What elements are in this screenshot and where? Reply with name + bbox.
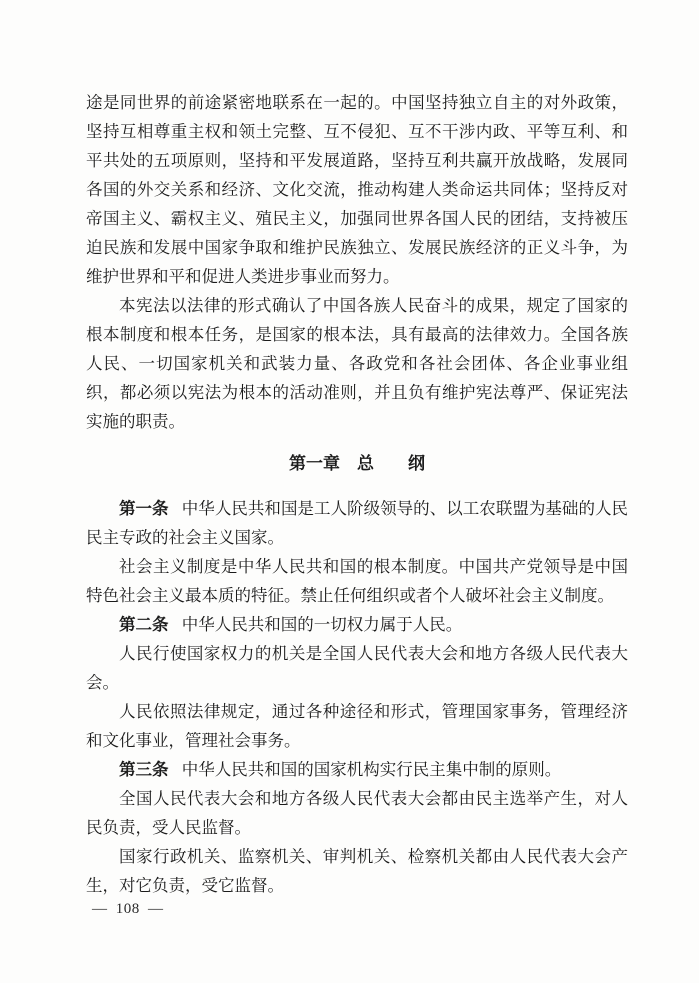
article-3-paragraph: 国家行政机关、监察机关、审判机关、检察机关都由人民代表大会产生，对它负责，受它监… (86, 842, 628, 900)
article-3: 第三条中华人民共和国的国家机构实行民主集中制的原则。 全国人民代表大会和地方各级… (86, 755, 628, 900)
preamble-closing-paragraph: 本宪法以法律的形式确认了中国各族人民奋斗的成果，规定了国家的根本制度和根本任务，… (86, 291, 628, 436)
article-3-paragraph: 全国人民代表大会和地方各级人民代表大会都由民主选举产生，对人民负责，受人民监督。 (86, 784, 628, 842)
chapter-heading: 第一章 总 纲 (86, 449, 628, 478)
article-1: 第一条中华人民共和国是工人阶级领导的、以工农联盟为基础的人民民主专政的社会主义国… (86, 494, 628, 610)
article-1-opening: 第一条中华人民共和国是工人阶级领导的、以工农联盟为基础的人民民主专政的社会主义国… (86, 494, 628, 552)
article-3-number: 第三条 (119, 760, 169, 779)
article-2-opening: 第二条中华人民共和国的一切权力属于人民。 (86, 610, 628, 639)
article-2-paragraph: 人民依照法律规定，通过各种途径和形式，管理国家事务，管理经济和文化事业，管理社会… (86, 697, 628, 755)
article-2-number: 第二条 (119, 615, 169, 634)
article-3-opening: 第三条中华人民共和国的国家机构实行民主集中制的原则。 (86, 755, 628, 784)
article-3-text: 中华人民共和国的国家机构实行民主集中制的原则。 (182, 760, 562, 779)
article-2-text: 中华人民共和国的一切权力属于人民。 (182, 615, 463, 634)
page-body: 途是同世界的前途紧密地联系在一起的。中国坚持独立自主的对外政策，坚持互相尊重主权… (86, 88, 628, 900)
document-page: 途是同世界的前途紧密地联系在一起的。中国坚持独立自主的对外政策，坚持互相尊重主权… (0, 0, 699, 983)
article-1-number: 第一条 (119, 499, 169, 518)
page-number: — 108 — (92, 901, 164, 918)
article-1-paragraph: 社会主义制度是中华人民共和国的根本制度。中国共产党领导是中国特色社会主义最本质的… (86, 552, 628, 610)
article-2: 第二条中华人民共和国的一切权力属于人民。 人民行使国家权力的机关是全国人民代表大… (86, 610, 628, 755)
article-2-paragraph: 人民行使国家权力的机关是全国人民代表大会和地方各级人民代表大会。 (86, 639, 628, 697)
preamble-continuation-paragraph: 途是同世界的前途紧密地联系在一起的。中国坚持独立自主的对外政策，坚持互相尊重主权… (86, 88, 628, 291)
